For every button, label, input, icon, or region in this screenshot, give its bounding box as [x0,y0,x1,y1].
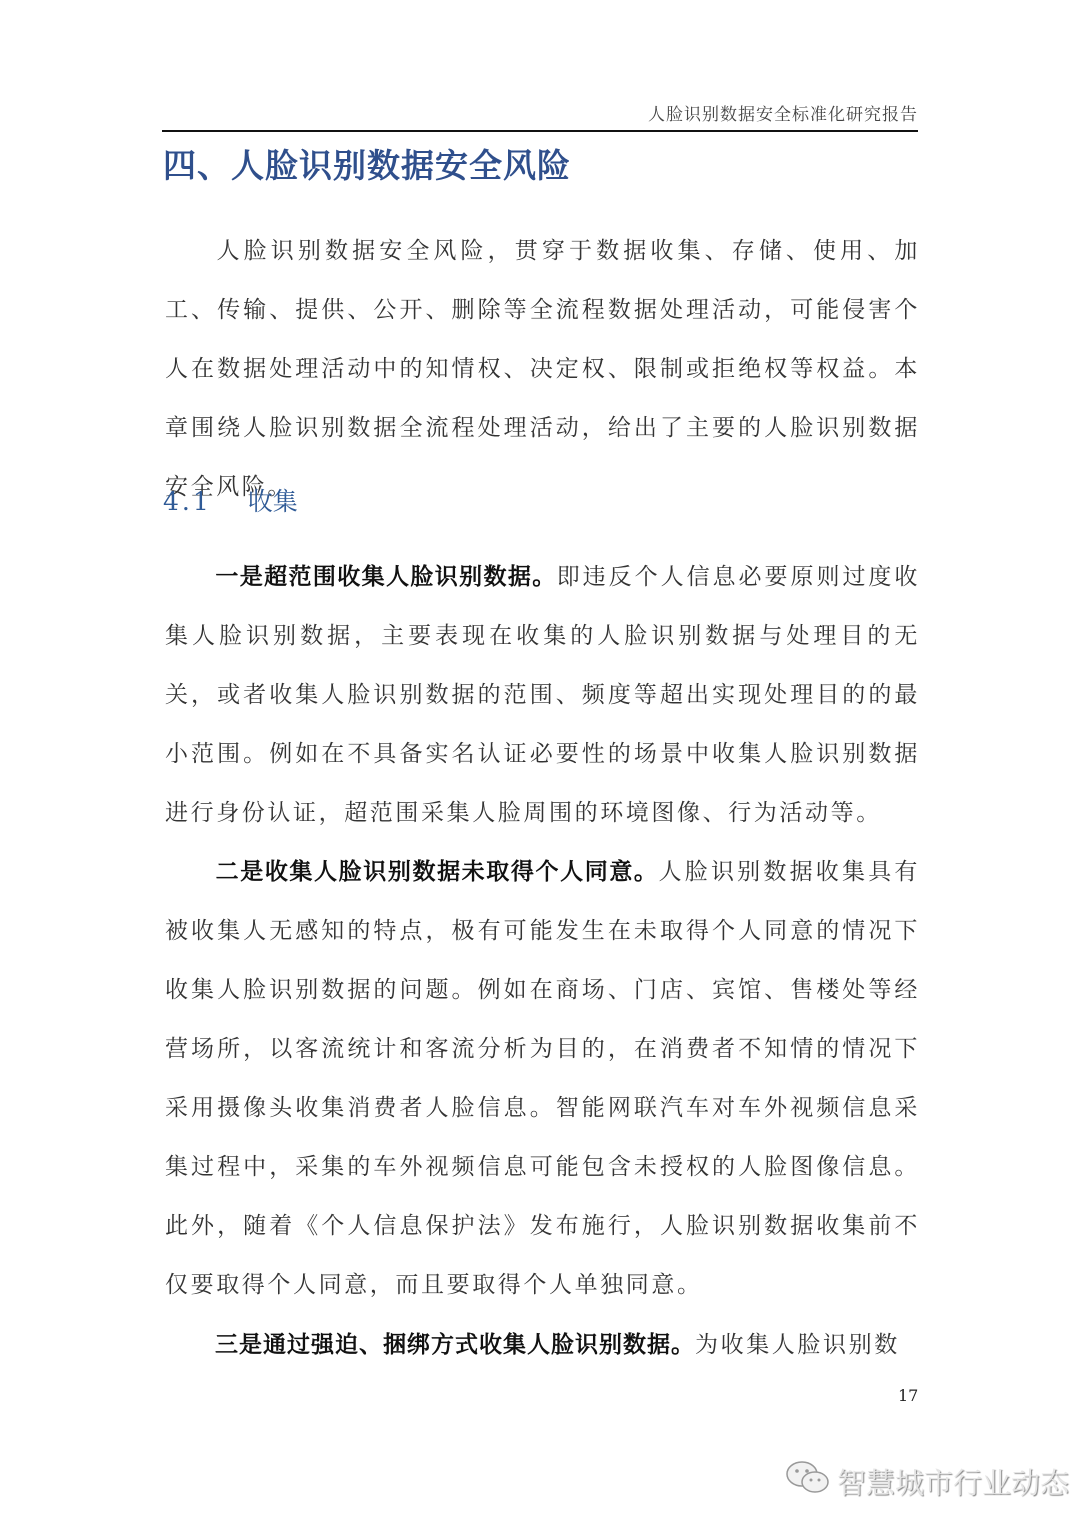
wechat-icon [785,1460,831,1503]
intro-paragraph: 人脸识别数据安全风险，贯穿于数据收集、存储、使用、加工、传输、提供、公开、删除等… [165,222,920,517]
chapter-title: 四、人脸识别数据安全风险 [163,140,571,187]
item-lead: 三是通过强迫、捆绑方式收集人脸识别数据。 [215,1332,695,1358]
section-title: 收集 [248,487,298,516]
item-text: 即违反个人信息必要原则过度收集人脸识别数据，主要表现在收集的人脸识别数据与处理目… [165,564,920,826]
item-lead: 一是超范围收集人脸识别数据。 [215,564,557,590]
running-header-title: 人脸识别数据安全标准化研究报告 [600,100,918,125]
watermark: 智慧城市行业动态 [785,1460,1069,1503]
item-lead: 二是收集人脸识别数据未取得个人同意。 [215,859,659,885]
item-paragraph-1: 一是超范围收集人脸识别数据。即违反个人信息必要原则过度收集人脸识别数据，主要表现… [165,548,920,843]
item-paragraph-2: 二是收集人脸识别数据未取得个人同意。人脸识别数据收集具有被收集人无感知的特点，极… [165,843,920,1315]
header-divider [162,130,918,132]
item-text: 人脸识别数据收集具有被收集人无感知的特点，极有可能发生在未取得个人同意的情况下收… [165,859,920,1298]
item-paragraph-3: 三是通过强迫、捆绑方式收集人脸识别数据。为收集人脸识别数 [165,1316,920,1375]
item-text: 为收集人脸识别数 [695,1332,900,1358]
section-heading: 4.1收集 [163,482,298,518]
intro-text: 人脸识别数据安全风险，贯穿于数据收集、存储、使用、加工、传输、提供、公开、删除等… [165,238,920,500]
watermark-text: 智慧城市行业动态 [837,1461,1069,1502]
page-number: 17 [898,1386,918,1405]
section-number: 4.1 [163,487,212,516]
